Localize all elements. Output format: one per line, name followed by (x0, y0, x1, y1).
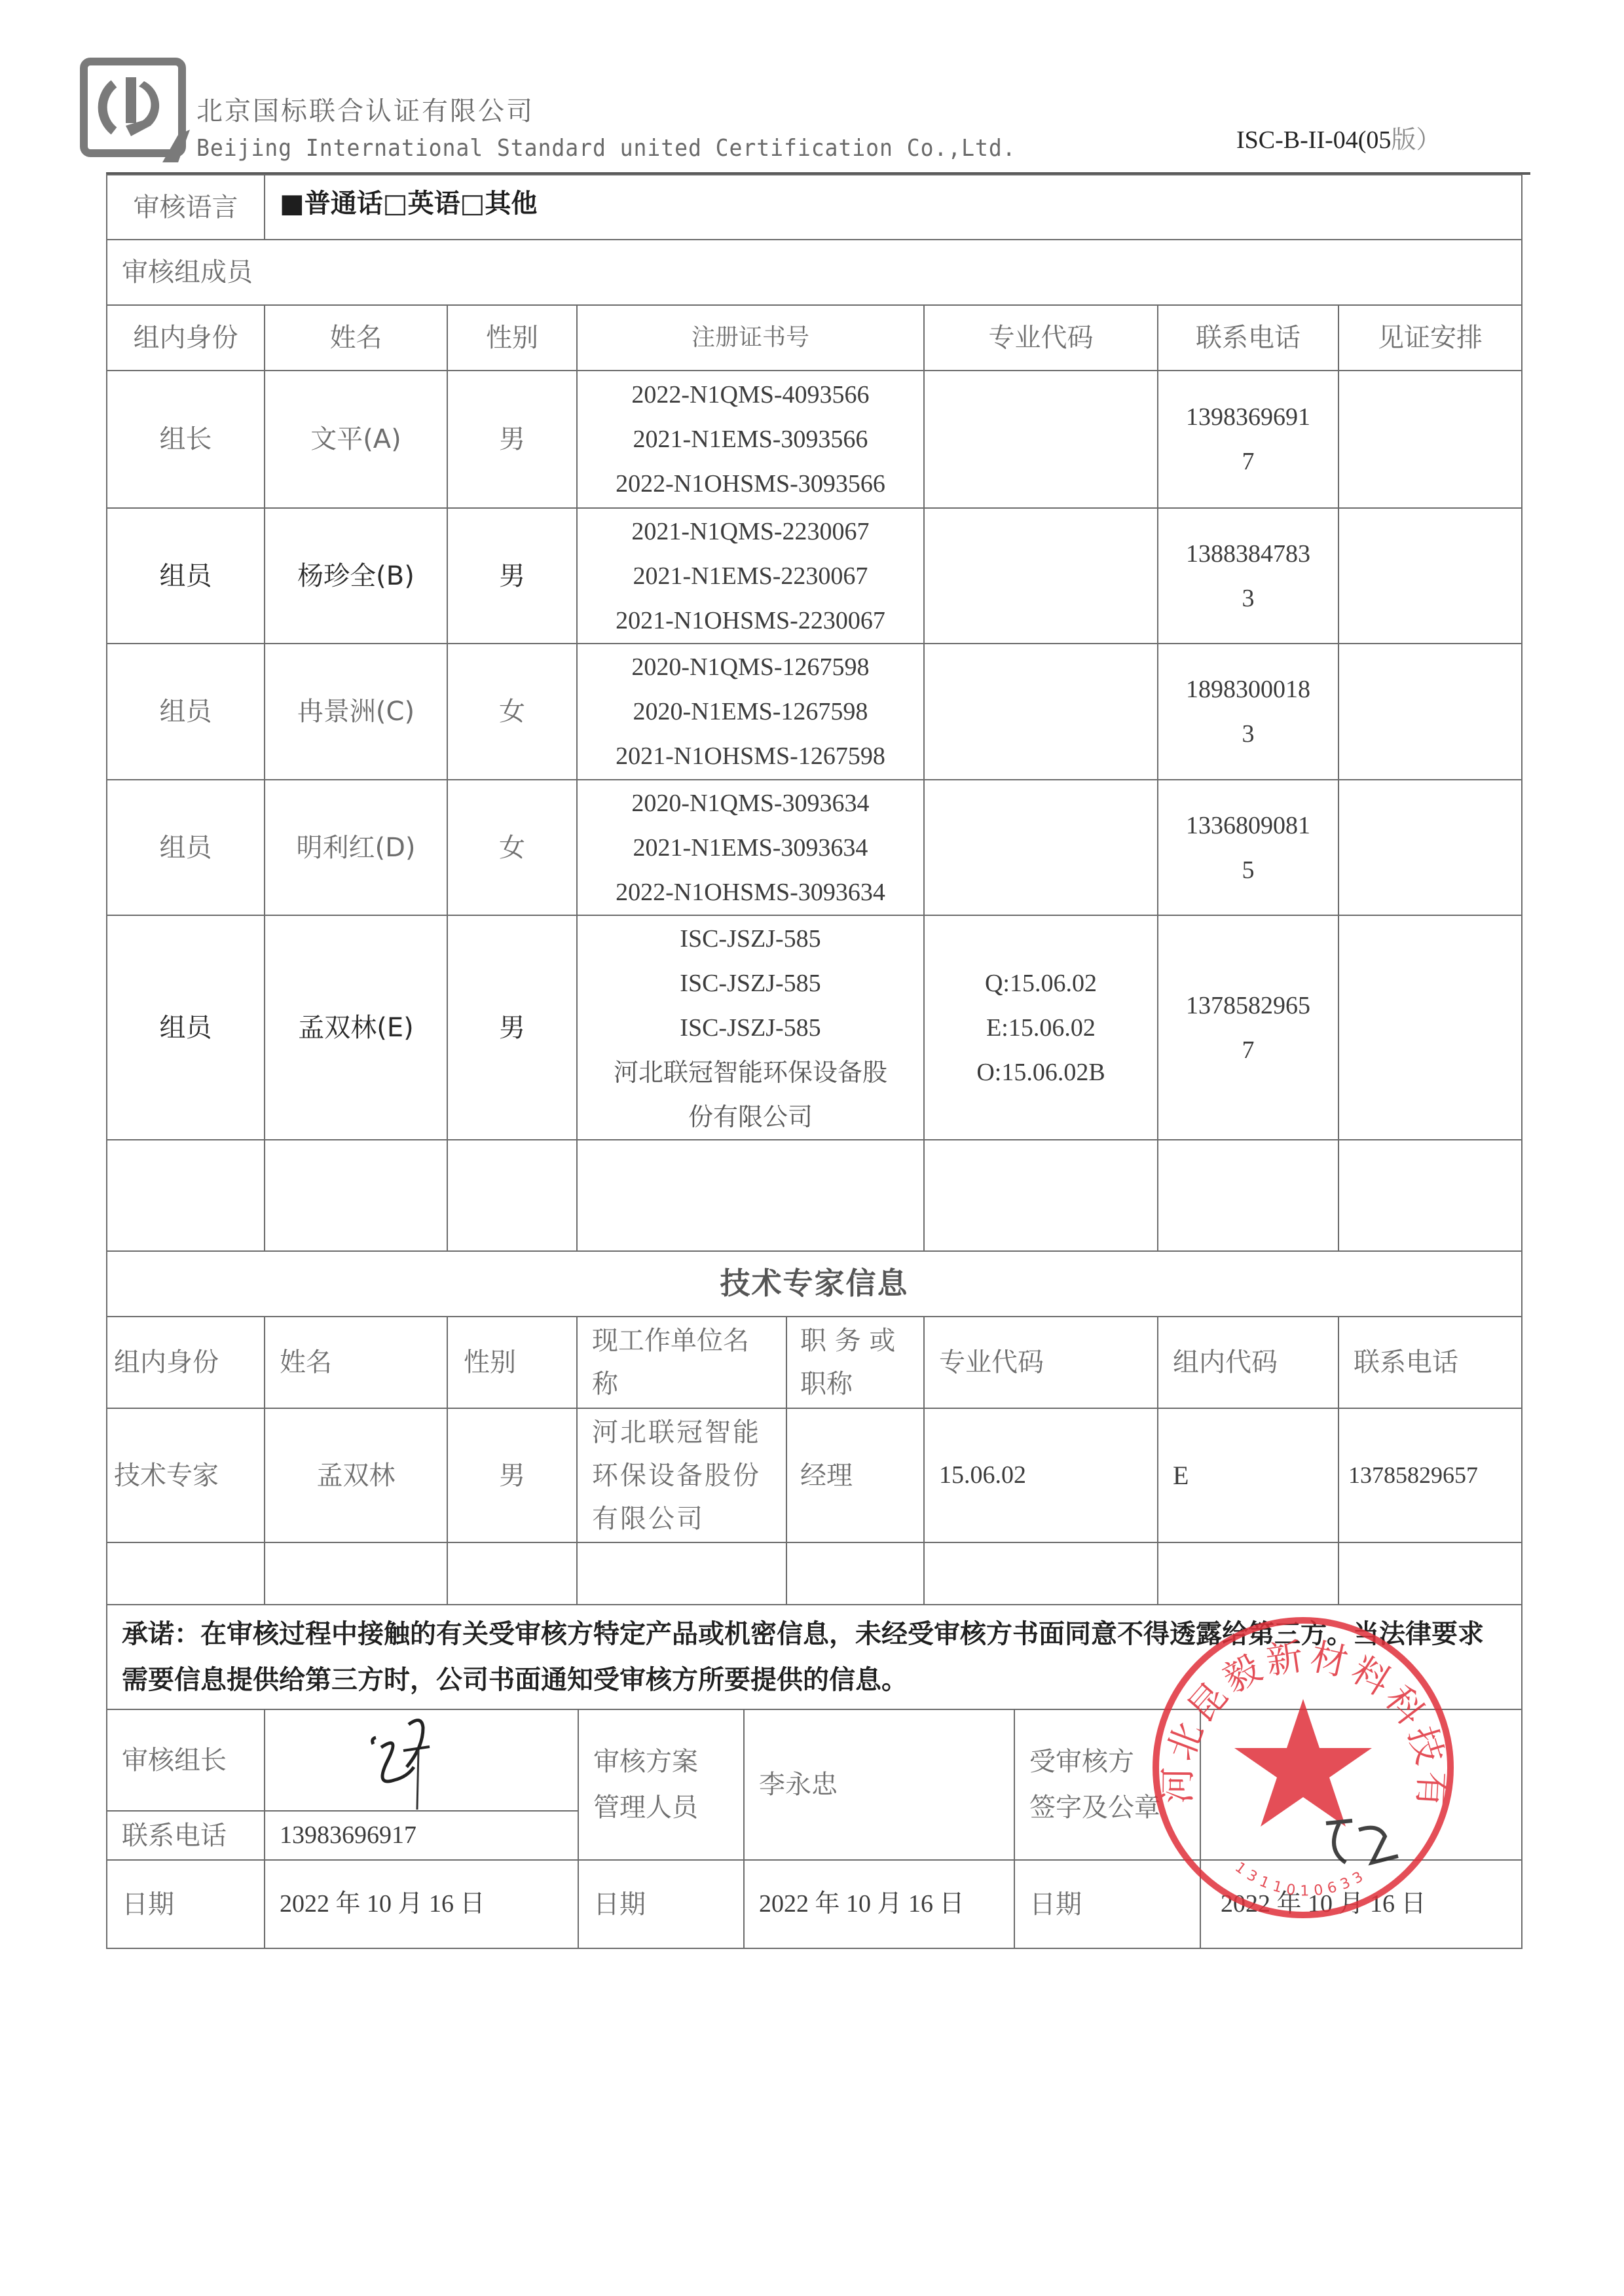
cert-company: 河北联冠智能环保设备股 (614, 1050, 887, 1095)
member-certs: 2022-N1QMS-4093566 2021-N1EMS-3093566 20… (576, 370, 925, 509)
leader-signature (264, 1709, 579, 1812)
member-phone: 1388384783 3 (1157, 507, 1339, 644)
leader-phone: 13983696917 (264, 1810, 579, 1861)
cert-number: 2021-N1OHSMS-2230067 (616, 598, 885, 643)
cert-number: 2021-N1OHSMS-1267598 (616, 734, 885, 778)
member-gender: 男 (447, 370, 578, 509)
cert-number: 2020-N1QMS-3093634 (631, 781, 869, 826)
member-witness (1338, 915, 1522, 1140)
tech-workplace: 河北联冠智能 环保设备股份 有限公司 (576, 1408, 787, 1543)
tech-col-header-position: 职 务 或 职称 (786, 1316, 925, 1409)
member-name: 明利红(D) (264, 779, 448, 916)
handwritten-signature-icon (356, 1711, 487, 1810)
phone-part: 1388384783 (1186, 532, 1310, 576)
label-line: 审核方案 (593, 1739, 698, 1785)
document-version: 版） (1391, 126, 1441, 154)
cert-number: 2022-N1OHSMS-3093634 (616, 870, 885, 915)
member-certs: 2020-N1QMS-1267598 2020-N1EMS-1267598 20… (576, 643, 925, 780)
audit-language-options: ■普通话□英语□其他 (264, 174, 1522, 240)
auditee-signature (1200, 1709, 1522, 1861)
empty-cell (576, 1542, 787, 1605)
tech-gender: 男 (447, 1408, 578, 1543)
col-header-specialty-code: 专业代码 (923, 304, 1158, 371)
tech-role: 技术专家 (106, 1408, 265, 1543)
member-certs: ISC-JSZJ-585 ISC-JSZJ-585 ISC-JSZJ-585 河… (576, 915, 925, 1140)
phone-part: 7 (1242, 1028, 1255, 1072)
cert-number: 2020-N1QMS-1267598 (631, 645, 869, 689)
date-label: 日期 (106, 1859, 265, 1949)
member-name: 杨珍全(B) (264, 507, 448, 644)
header-line: 职称 (800, 1362, 853, 1406)
empty-cell (1157, 1542, 1339, 1605)
workplace-line: 河北联冠智能 (592, 1411, 761, 1454)
cert-number: 2021-N1EMS-3093566 (633, 417, 868, 462)
tech-col-header-specialty-code: 专业代码 (923, 1316, 1158, 1409)
phone-part: 1898300018 (1186, 667, 1310, 712)
member-specialty-code: Q:15.06.02 E:15.06.02 O:15.06.02B (923, 915, 1158, 1140)
empty-cell (264, 1139, 448, 1252)
member-role: 组员 (106, 779, 265, 916)
company-name-cn: 北京国标联合认证有限公司 (196, 90, 534, 128)
cert-number: ISC-JSZJ-585 (680, 961, 821, 1006)
date-label: 日期 (1014, 1859, 1201, 1949)
document-number: ISC-B-II-04(05版） (1236, 119, 1441, 155)
member-certs: 2020-N1QMS-3093634 2021-N1EMS-3093634 20… (576, 779, 925, 916)
label-line: 管理人员 (593, 1785, 698, 1831)
label-line: 签字及公章 (1029, 1785, 1160, 1831)
tech-col-header-gender: 性别 (447, 1316, 578, 1409)
member-phone: 1378582965 7 (1157, 915, 1339, 1140)
cert-number: ISC-JSZJ-585 (680, 1006, 821, 1050)
phone-part: 3 (1242, 576, 1255, 621)
col-header-role: 组内身份 (106, 304, 265, 371)
member-specialty-code (923, 507, 1158, 644)
document-code: ISC-B-II-04(05 (1236, 126, 1391, 154)
specialty-code: E:15.06.02 (986, 1006, 1096, 1050)
empty-cell (106, 1542, 265, 1605)
empty-cell (264, 1542, 448, 1605)
member-specialty-code (923, 370, 1158, 509)
team-members-label-text: 审核组成员 (122, 252, 253, 293)
cert-number: 2021-N1QMS-2230067 (631, 509, 869, 554)
cert-number: 2021-N1EMS-2230067 (633, 554, 868, 598)
header-line: 现工作单位名 (592, 1319, 749, 1362)
specialty-code: O:15.06.02B (976, 1050, 1105, 1095)
member-certs: 2021-N1QMS-2230067 2021-N1EMS-2230067 20… (576, 507, 925, 644)
company-name-en: Beijing International Standard united Ce… (196, 135, 1016, 162)
tech-col-header-phone: 联系电话 (1338, 1316, 1522, 1409)
tech-col-header-role: 组内身份 (106, 1316, 265, 1409)
member-role: 组员 (106, 507, 265, 644)
member-role: 组员 (106, 915, 265, 1140)
tech-group-code: E (1157, 1408, 1339, 1543)
cert-number: ISC-JSZJ-585 (680, 917, 821, 961)
member-witness (1338, 643, 1522, 780)
member-specialty-code (923, 643, 1158, 780)
member-name: 孟双林(E) (264, 915, 448, 1140)
leader-date: 2022 年 10 月 16 日 (264, 1859, 579, 1949)
col-header-name: 姓名 (264, 304, 448, 371)
tech-col-header-group-code: 组内代码 (1157, 1316, 1339, 1409)
workplace-line: 有限公司 (592, 1497, 705, 1540)
header-line: 职 务 或 (800, 1319, 895, 1362)
col-header-phone: 联系电话 (1157, 304, 1339, 371)
specialty-code: Q:15.06.02 (985, 961, 1097, 1006)
company-logo-icon (80, 58, 190, 162)
member-phone: 1336809081 5 (1157, 779, 1339, 916)
empty-cell (1157, 1139, 1339, 1252)
auditee-date: 2022 年 10 月 16 日 (1200, 1859, 1522, 1949)
col-header-cert-number: 注册证书号 (576, 304, 925, 371)
tech-expert-title: 技术专家信息 (106, 1250, 1522, 1317)
phone-part: 1336809081 (1186, 803, 1310, 848)
tech-name: 孟双林 (264, 1408, 448, 1543)
tech-col-header-workplace: 现工作单位名 称 (576, 1316, 787, 1409)
cert-number: 2021-N1EMS-3093634 (633, 826, 868, 870)
empty-cell (923, 1139, 1158, 1252)
phone-part: 3 (1242, 712, 1255, 756)
member-specialty-code (923, 779, 1158, 916)
member-gender: 女 (447, 643, 578, 780)
workplace-line: 环保设备股份 (592, 1454, 761, 1497)
auditee-sign-label: 受审核方 签字及公章 (1014, 1709, 1201, 1861)
empty-cell (1338, 1139, 1522, 1252)
date-label: 日期 (578, 1859, 745, 1949)
cert-number: 2020-N1EMS-1267598 (633, 689, 868, 734)
tech-position: 经理 (786, 1408, 925, 1543)
member-role: 组长 (106, 370, 265, 509)
tech-col-header-name: 姓名 (264, 1316, 448, 1409)
audit-language-label: 审核语言 (106, 174, 265, 240)
empty-cell (1338, 1542, 1522, 1605)
phone-part: 7 (1242, 439, 1255, 484)
member-gender: 女 (447, 779, 578, 916)
member-gender: 男 (447, 915, 578, 1140)
member-phone: 1398369691 7 (1157, 370, 1339, 509)
empty-cell (923, 1542, 1158, 1605)
empty-cell (786, 1542, 925, 1605)
member-phone: 1898300018 3 (1157, 643, 1339, 780)
phone-part: 5 (1242, 848, 1255, 892)
tech-phone: 13785829657 (1338, 1408, 1522, 1543)
leader-phone-label: 联系电话 (106, 1810, 265, 1861)
empty-cell (447, 1139, 578, 1252)
cert-number: 2022-N1OHSMS-3093566 (616, 462, 885, 506)
empty-cell (576, 1139, 925, 1252)
phone-part: 1398369691 (1186, 395, 1310, 439)
member-witness (1338, 370, 1522, 509)
col-header-witness: 见证安排 (1338, 304, 1522, 371)
label-line: 受审核方 (1029, 1739, 1134, 1785)
cert-number: 2022-N1QMS-4093566 (631, 373, 869, 417)
tech-specialty-code: 15.06.02 (923, 1408, 1158, 1543)
member-name: 文平(A) (264, 370, 448, 509)
empty-cell (106, 1139, 265, 1252)
member-role: 组员 (106, 643, 265, 780)
member-gender: 男 (447, 507, 578, 644)
member-witness (1338, 779, 1522, 916)
plan-manager-name: 李永忠 (743, 1709, 1015, 1861)
confidentiality-commitment: 承诺：在审核过程中接触的有关受审核方特定产品或机密信息，未经受审核方书面同意不得… (106, 1604, 1522, 1710)
team-members-label: 审核组成员 (106, 239, 1522, 306)
empty-cell (447, 1542, 578, 1605)
member-witness (1338, 507, 1522, 644)
cert-company: 份有限公司 (688, 1095, 813, 1139)
phone-part: 1378582965 (1186, 983, 1310, 1028)
leader-label: 审核组长 (106, 1709, 265, 1812)
manager-date: 2022 年 10 月 16 日 (743, 1859, 1015, 1949)
member-name: 冉景洲(C) (264, 643, 448, 780)
header-line: 称 (592, 1362, 618, 1406)
plan-manager-label: 审核方案 管理人员 (578, 1709, 745, 1861)
col-header-gender: 性别 (447, 304, 578, 371)
